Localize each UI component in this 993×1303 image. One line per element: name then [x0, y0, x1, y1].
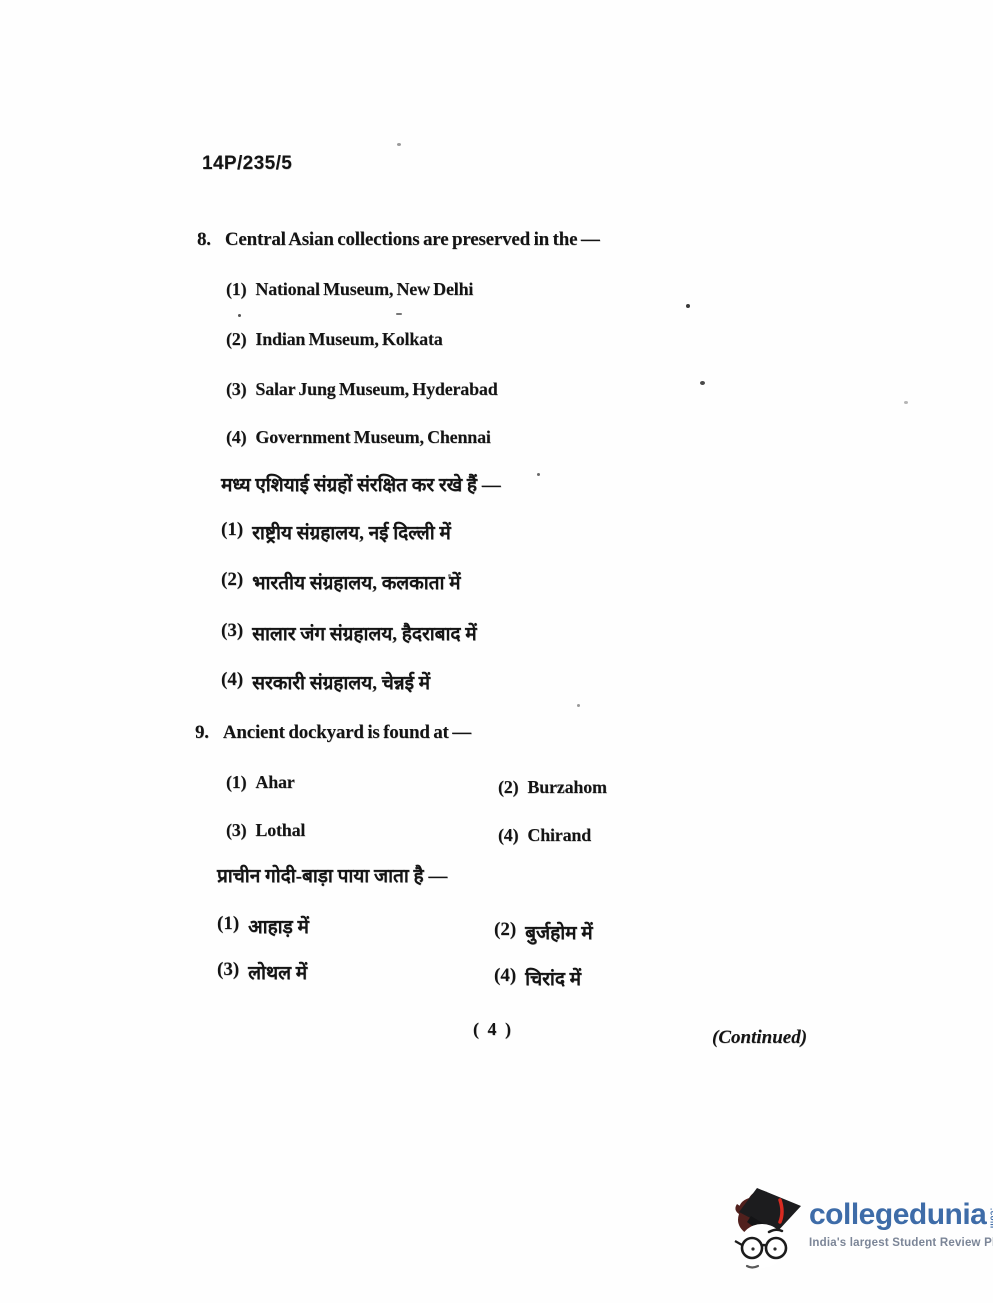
scan-speck	[397, 143, 401, 146]
option-number: (4)	[226, 427, 246, 448]
option-number: (3)	[217, 959, 239, 985]
option-label: सरकारी संग्रहालय, चेन्नई में	[252, 669, 430, 695]
option-label: बुर्जहोम में	[525, 919, 592, 945]
mascot-eye	[751, 1247, 754, 1250]
question-8: 8. Central Asian collections are preserv…	[197, 229, 600, 251]
brand-suffix: .com	[988, 1208, 993, 1229]
q8-hi-option-3: (3) सालार जंग संग्रहालय, हैदराबाद में	[221, 620, 477, 646]
scan-speck	[396, 313, 402, 315]
q8-en-option-2: (2) Indian Museum, Kolkata	[226, 329, 443, 350]
continued-label: (Continued)	[712, 1027, 807, 1049]
option-label: चिरांद में	[525, 965, 581, 991]
q8-en-option-1: (1) National Museum, New Delhi	[226, 279, 473, 300]
option-label: Indian Museum, Kolkata	[255, 329, 442, 350]
option-number: (3)	[226, 820, 246, 841]
option-number: (4)	[221, 669, 243, 695]
q9-hi-option-3: (3) लोथल में	[217, 959, 307, 985]
brand-tagline: India's largest Student Review Platform	[809, 1237, 993, 1249]
option-label: Ahar	[255, 772, 294, 793]
page-number: ( 4 )	[473, 1019, 513, 1040]
q9-hindi-text: प्राचीन गोदी-बाड़ा पाया जाता है —	[217, 862, 447, 888]
option-number: (1)	[217, 913, 239, 939]
scan-speck	[904, 401, 908, 404]
option-number: (1)	[226, 772, 246, 793]
q8-hi-option-1: (1) राष्ट्रीय संग्रहालय, नई दिल्ली में	[221, 519, 451, 545]
scan-speck	[537, 473, 540, 476]
option-label: National Museum, New Delhi	[255, 279, 473, 300]
question-text: Ancient dockyard is found at —	[223, 722, 471, 744]
option-number: (1)	[226, 279, 246, 300]
scan-speck	[238, 314, 241, 317]
q9-en-option-3: (3) Lothal	[226, 820, 305, 841]
option-number: (1)	[221, 519, 243, 545]
cap-tassel	[780, 1200, 782, 1222]
q8-hi-option-4: (4) सरकारी संग्रहालय, चेन्नई में	[221, 669, 430, 695]
q9-en-option-2: (2) Burzahom	[498, 777, 607, 798]
q8-en-option-4: (4) Government Museum, Chennai	[226, 427, 491, 448]
option-number: (2)	[226, 329, 246, 350]
option-label: राष्ट्रीय संग्रहालय, नई दिल्ली में	[252, 519, 451, 545]
option-label: Chirand	[527, 825, 591, 846]
collegedunia-watermark: collegedunia .com India's largest Studen…	[731, 1184, 993, 1272]
option-label: आहाड़ में	[248, 913, 309, 939]
mascot-eye	[773, 1247, 776, 1250]
q9-hi-option-1: (1) आहाड़ में	[217, 913, 309, 939]
mascot-mouth	[747, 1266, 758, 1268]
q9-en-option-1: (1) Ahar	[226, 772, 295, 793]
scanned-exam-page: 14P/235/5 8. Central Asian collections a…	[0, 0, 993, 1303]
option-number: (4)	[498, 825, 518, 846]
scan-speck	[686, 304, 690, 308]
option-label: Salar Jung Museum, Hyderabad	[255, 379, 497, 400]
option-label: Lothal	[255, 820, 305, 841]
q9-en-option-4: (4) Chirand	[498, 825, 591, 846]
question-number: 9.	[195, 722, 209, 744]
option-label: Government Museum, Chennai	[255, 427, 490, 448]
question-9: 9. Ancient dockyard is found at —	[195, 722, 471, 744]
scan-speck	[577, 704, 580, 707]
option-number: (3)	[221, 620, 243, 646]
question-text-hindi: मध्य एशियाई संग्रहों संरक्षित कर रखे हैं…	[221, 471, 501, 497]
scan-speck	[448, 574, 451, 577]
question-text-hindi: प्राचीन गोदी-बाड़ा पाया जाता है —	[217, 862, 447, 888]
option-label: लोथल में	[248, 959, 307, 985]
option-number: (4)	[494, 965, 516, 991]
q8-hi-option-2: (2) भारतीय संग्रहालय, कलकाता में	[221, 569, 461, 595]
q8-hindi-text: मध्य एशियाई संग्रहों संरक्षित कर रखे हैं…	[221, 471, 501, 497]
option-label: भारतीय संग्रहालय, कलकाता में	[252, 569, 460, 595]
q8-en-option-3: (3) Salar Jung Museum, Hyderabad	[226, 379, 498, 400]
option-number: (3)	[226, 379, 246, 400]
q9-hi-option-2: (2) बुर्जहोम में	[494, 919, 593, 945]
question-text: Central Asian collections are preserved …	[225, 229, 600, 251]
option-label: सालार जंग संग्रहालय, हैदराबाद में	[252, 620, 476, 646]
question-number: 8.	[197, 229, 211, 251]
scan-speck	[700, 381, 705, 385]
q9-hi-option-4: (4) चिरांद में	[494, 965, 581, 991]
mascot-graduate-icon	[731, 1184, 805, 1272]
glasses-bridge	[762, 1245, 766, 1246]
option-number: (2)	[494, 919, 516, 945]
option-number: (2)	[221, 569, 243, 595]
option-label: Burzahom	[527, 777, 606, 798]
brand-wordmark: collegedunia	[809, 1200, 986, 1230]
paper-code: 14P/235/5	[202, 153, 292, 175]
option-number: (2)	[498, 777, 518, 798]
